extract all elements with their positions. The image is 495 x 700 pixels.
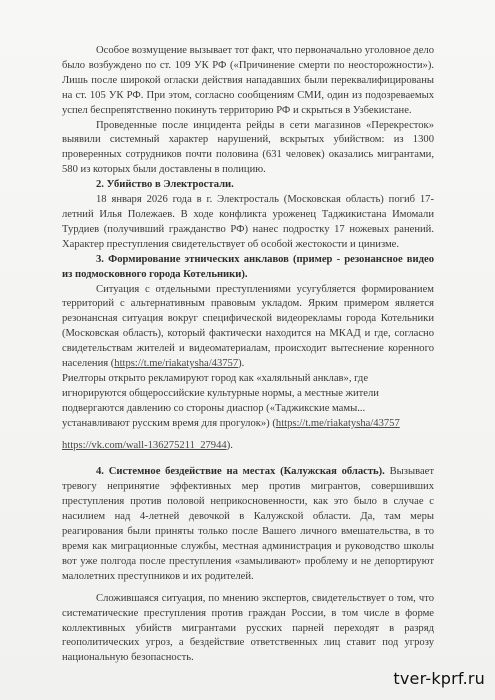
site-watermark: tver-kprf.ru (393, 669, 485, 688)
document-body: Особое возмущение вызывает тот факт, что… (62, 44, 434, 666)
paragraph: Особое возмущение вызывает тот факт, что… (62, 44, 434, 119)
paragraph: 18 января 2026 года в г. Электросталь (М… (62, 193, 434, 253)
paragraph: https://vk.com/wall-136275211_27944). (62, 439, 434, 454)
paragraph: 4. Системное бездействие на местах (Калу… (62, 465, 434, 584)
paragraph: Сложившаяся ситуация, по мнению эксперто… (62, 592, 434, 667)
vk-link[interactable]: https://vk.com/wall-136275211_27944 (62, 440, 227, 451)
section-heading-4: 4. Системное бездействие на местах (Калу… (96, 466, 385, 477)
paragraph: Риелторы открыто рекламируют город как «… (62, 372, 434, 432)
document-page: Особое возмущение вызывает тот факт, что… (0, 0, 495, 700)
telegram-link[interactable]: https://t.me/riakatysha/43757 (114, 358, 238, 369)
paragraph-text: Вызывает тревогу непринятие эффективных … (62, 466, 434, 581)
telegram-link[interactable]: https://t.me/riakatysha/43757 (276, 418, 400, 429)
paragraph: Проведенные после инцидента рейды в сети… (62, 119, 434, 179)
paragraph-text: Ситуация с отдельными преступлениями усу… (62, 284, 434, 370)
paragraph: Ситуация с отдельными преступлениями усу… (62, 283, 434, 372)
paragraph-text: ). (227, 440, 233, 451)
section-heading-3: 3. Формирование этнических анклавов (при… (62, 253, 434, 283)
paragraph-text: ). (238, 358, 244, 369)
section-heading-2: 2. Убийство в Электростали. (62, 178, 434, 193)
